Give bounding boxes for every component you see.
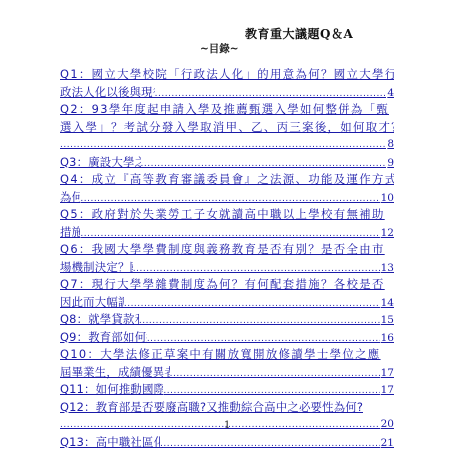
dot-leader xyxy=(147,331,380,347)
toc-page-number[interactable]: 12 xyxy=(380,225,394,242)
dot-leader xyxy=(163,383,379,399)
toc-entry-q11[interactable]: Q11：如何推動國際學術合作，提升大學品質？ 17 xyxy=(60,381,394,399)
dot-leader xyxy=(160,436,380,452)
toc-entry-q5-line-2[interactable]: 措施？ 12 xyxy=(60,224,394,242)
toc-entry-text[interactable]: 選入學」？考試分發入學取消甲、乙、丙三案後，如何取才？ xyxy=(60,119,394,137)
toc-entry-text[interactable]: 屆畢業生，成績優異者可逕修讀博士學位方案為何？ xyxy=(60,364,170,382)
toc-page-number[interactable]: 4 xyxy=(386,85,394,102)
dot-leader xyxy=(124,296,380,312)
toc-entry-text[interactable]: Q13：高中職社區化與消滅明星高中有關嗎？ xyxy=(60,434,160,452)
toc-page-number[interactable]: 13 xyxy=(380,260,394,277)
page-footer-number: 1 xyxy=(224,420,230,431)
toc-entry-text[interactable]: 因此而大幅調漲學雜費？ xyxy=(60,294,124,312)
toc-entry-text[interactable]: Q1：國立大學校院「行政法人化」的用意為何？國立大學行 xyxy=(60,66,394,84)
toc-entry-q12-line-1[interactable]: Q12：教育部是否要廢高職?又推動綜合高中之必要性為何? xyxy=(60,399,394,417)
toc-entry-text[interactable]: Q12：教育部是否要廢高職?又推動綜合高中之必要性為何? xyxy=(60,399,363,417)
toc-entry-q2-line-3[interactable]: 8 xyxy=(60,136,394,154)
toc-page-number[interactable]: 8 xyxy=(386,136,394,154)
toc-entry-text[interactable]: Q4：成立『高等教育審議委員會』之法源、功能及運作方式 xyxy=(60,171,394,189)
dot-leader xyxy=(170,366,380,382)
toc-entry-q2-line-1[interactable]: Q2：93學年度起申請入學及推薦甄選入學如何整併為「甄 xyxy=(60,101,394,119)
toc-page-number[interactable]: 9 xyxy=(386,155,394,172)
toc-entry-q2-line-2[interactable]: 選入學」？考試分發入學取消甲、乙、丙三案後，如何取才？ xyxy=(60,119,394,137)
toc-page-number[interactable]: 16 xyxy=(380,330,394,347)
toc-heading: ~目錄~ xyxy=(200,41,239,56)
toc-entry-text[interactable]: Q3：廣設大學之問題如何因應？ xyxy=(60,154,141,172)
toc-entry-text[interactable]: 為何？ xyxy=(60,189,80,207)
toc-entry-q4-line-1[interactable]: Q4：成立『高等教育審議委員會』之法源、功能及運作方式 xyxy=(60,171,394,189)
toc-page-number[interactable]: 21 xyxy=(380,435,394,452)
toc-entry-q10-line-1[interactable]: Q10：大學法修正草案中有關放寬開放修讀學士學位之應 xyxy=(60,346,394,364)
toc-entry-q13[interactable]: Q13：高中職社區化與消滅明星高中有關嗎？ 21 xyxy=(60,434,394,452)
dot-leader xyxy=(139,313,380,329)
toc-entry-q1-line-2[interactable]: 政法人化以後與現行國立大學有何不同？ 4 xyxy=(60,84,394,102)
toc-entry-q6-line-2[interactable]: 場機制決定？國外情形如何？ 13 xyxy=(60,259,394,277)
toc-page-number[interactable]: 17 xyxy=(380,365,394,382)
toc-entry-text[interactable]: 場機制決定？國外情形如何？ xyxy=(60,259,133,277)
toc-page-number[interactable]: 14 xyxy=(380,295,394,312)
toc-entry-q7-line-1[interactable]: Q7：現行大學學雜費制度為何？有何配套措施？各校是否 xyxy=(60,276,394,294)
toc-entry-q7-line-2[interactable]: 因此而大幅調漲學雜費？ 14 xyxy=(60,294,394,312)
toc-page-number[interactable]: 20 xyxy=(380,416,394,434)
dot-leader xyxy=(155,86,387,102)
toc-entry-q8[interactable]: Q8：就學貸款利率之調整為何？ 15 xyxy=(60,311,394,329)
toc-entry-q4-line-2[interactable]: 為何？ 10 xyxy=(60,189,394,207)
dot-leader xyxy=(60,137,386,154)
toc-entry-text[interactable]: Q2：93學年度起申請入學及推薦甄選入學如何整併為「甄 xyxy=(60,101,389,119)
toc-page-number[interactable]: 15 xyxy=(380,312,394,329)
toc-entry-text[interactable]: 措施？ xyxy=(60,224,80,242)
toc-page-number[interactable]: 10 xyxy=(380,190,394,207)
dot-leader xyxy=(80,226,379,242)
toc-entry-text[interactable]: Q6：我國大學學費制度與義務教育是否有別？是否全由市 xyxy=(60,241,385,259)
toc-page-number[interactable]: 17 xyxy=(380,382,394,399)
toc-entry-text[interactable]: Q5：政府對於失業勞工子女就讀高中職以上學校有無補助 xyxy=(60,206,385,224)
dot-leader xyxy=(141,156,387,172)
toc-entry-text[interactable]: Q7：現行大學學雜費制度為何？有何配套措施？各校是否 xyxy=(60,276,385,294)
table-of-contents: Q1：國立大學校院「行政法人化」的用意為何？國立大學行 政法人化以後與現行國立大… xyxy=(60,66,394,451)
toc-entry-text[interactable]: 政法人化以後與現行國立大學有何不同？ xyxy=(60,84,155,102)
dot-leader xyxy=(60,417,380,434)
toc-entry-text[interactable]: Q11：如何推動國際學術合作，提升大學品質？ xyxy=(60,381,163,399)
toc-entry-q5-line-1[interactable]: Q5：政府對於失業勞工子女就讀高中職以上學校有無補助 xyxy=(60,206,394,224)
toc-entry-q10-line-2[interactable]: 屆畢業生，成績優異者可逕修讀博士學位方案為何？ 17 xyxy=(60,364,394,382)
toc-entry-q1-line-1[interactable]: Q1：國立大學校院「行政法人化」的用意為何？國立大學行 xyxy=(60,66,394,84)
toc-entry-text[interactable]: Q10：大學法修正草案中有關放寬開放修讀學士學位之應 xyxy=(60,346,381,364)
document-title: 教育重大議題Q＆A xyxy=(245,25,353,42)
toc-entry-text[interactable]: Q9：教育部如何推動大學整合工作？ xyxy=(60,329,147,347)
toc-entry-text[interactable]: Q8：就學貸款利率之調整為何？ xyxy=(60,311,139,329)
toc-entry-q9[interactable]: Q9：教育部如何推動大學整合工作？ 16 xyxy=(60,329,394,347)
dot-leader xyxy=(80,191,379,207)
toc-entry-q3[interactable]: Q3：廣設大學之問題如何因應？ 9 xyxy=(60,154,394,172)
toc-entry-q6-line-1[interactable]: Q6：我國大學學費制度與義務教育是否有別？是否全由市 xyxy=(60,241,394,259)
dot-leader xyxy=(133,261,380,277)
